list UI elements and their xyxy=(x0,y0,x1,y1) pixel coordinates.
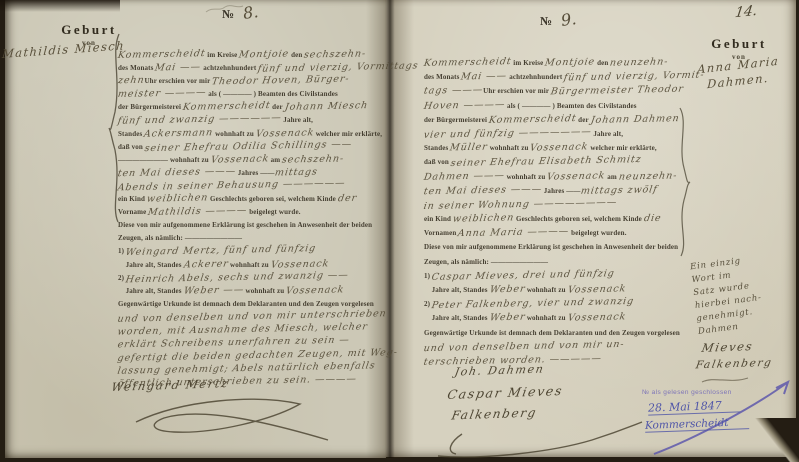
right-body-text: Kommerscheidt im Kreise Montjoie den neu… xyxy=(424,52,682,364)
handwritten-text: Kommerscheidt xyxy=(423,56,512,69)
handwritten-text: Montjoie xyxy=(238,48,290,60)
text-line: 1) Weingard Mertz, fünf und fünfzig xyxy=(118,240,360,253)
handwritten-text: Mai —— xyxy=(155,62,203,74)
left-official-flourish xyxy=(122,392,352,450)
text-line: Kommerscheidt im Kreise Montjoie den neu… xyxy=(424,52,682,66)
handwritten-text: Vossenack xyxy=(567,312,627,324)
left-body-text: Kommerscheidt im Kreise Montjoie den sec… xyxy=(118,44,360,384)
text-line: und von denselben und von mir un- xyxy=(424,336,682,350)
handwritten-text: Montjoie xyxy=(544,56,596,68)
handwritten-text: Vossenack xyxy=(270,258,330,270)
register-photo: Geburt von Mathildis Miesch № 8. Kommers… xyxy=(0,0,799,462)
handwritten-text: ten Mai dieses ——— xyxy=(117,166,237,179)
handwritten-text: mittags zwölf xyxy=(580,184,658,197)
handwritten-text: Kommerscheidt xyxy=(488,113,577,126)
handwritten-text: sechszehn- xyxy=(281,153,345,165)
handwritten-text: Mai —— xyxy=(461,71,509,83)
handwritten-text: sechszehn- xyxy=(303,48,367,60)
handwritten-text: der xyxy=(337,193,358,204)
text-line: tags ——— Uhr erschien vor mir Bürgermeis… xyxy=(424,80,682,94)
handwritten-text: Dahmen ——— xyxy=(423,170,506,183)
handwritten-text: Mathildis ———— xyxy=(147,205,248,218)
text-line: Zeugen, als nämlich: ———————— xyxy=(424,251,682,265)
handwritten-text: Vossenack xyxy=(210,153,270,165)
text-line: und von denselben und von mir unterschri… xyxy=(118,306,360,319)
handwritten-text: weiblichen xyxy=(452,212,515,224)
handwritten-text: Vossenack xyxy=(546,170,606,182)
handwritten-text: Vossenack xyxy=(255,127,315,139)
handwritten-text: neunzehn- xyxy=(618,170,678,182)
stamp-mark: № xyxy=(642,389,649,396)
handwritten-text: Weber —— xyxy=(183,284,245,296)
handwritten-text: Kommerscheidt xyxy=(117,48,206,61)
handwritten-text: Vossenack xyxy=(567,283,627,295)
handwritten-text: Weber xyxy=(489,312,526,324)
handwritten-text: Johann Dahmen xyxy=(590,113,680,126)
right-no-label: № xyxy=(540,14,553,28)
handwritten-text: Weber xyxy=(489,284,526,296)
handwritten-text: die xyxy=(643,213,662,224)
handwritten-text: weiblichen xyxy=(146,192,209,204)
handwritten-text: Vossenack xyxy=(529,142,589,154)
stamp-caption: als gelesen geschlossen xyxy=(652,389,732,396)
text-line: 1) Caspar Mieves, drei und fünfzig xyxy=(424,265,682,279)
handwritten-text: ten Mai dieses ——— xyxy=(423,183,543,196)
handwritten-text: Müller xyxy=(449,142,488,154)
text-line: Gegenwärtige Urkunde ist demnach dem Dek… xyxy=(424,322,682,336)
handwritten-text: zehn xyxy=(117,75,145,87)
right-no-value: 9. xyxy=(560,9,577,30)
margin-signature-mieves: Mieves xyxy=(701,339,755,355)
handwritten-text: neunzehn- xyxy=(609,56,669,68)
right-official-flourish xyxy=(432,420,647,460)
handwritten-text: tags ——— xyxy=(423,85,484,97)
text-line: Kommerscheidt im Kreise Montjoie den sec… xyxy=(118,44,360,57)
handwritten-text: Ackerer xyxy=(183,258,229,270)
handwritten-text: Hoven ———— xyxy=(423,99,506,112)
right-geburt-title: Geburt xyxy=(688,36,790,52)
left-top-scribble xyxy=(203,3,245,15)
folio-number: 14. xyxy=(734,3,758,22)
margin-annotation: Ein einzigWort imSatz wurdehierbei nach-… xyxy=(689,253,765,339)
text-line: 2) Peter Falkenberg, vier und zwanzig xyxy=(424,293,682,307)
text-line: daß von seiner Ehefrau Elisabeth Schmitz xyxy=(424,151,682,165)
right-entry-number: № 9. xyxy=(540,10,576,30)
handwritten-text: Johann Miesch xyxy=(284,101,369,114)
closing-stamp-text: № als gelesen geschlossen xyxy=(642,389,732,396)
text-line: Zeugen, als nämlich: ———————— xyxy=(118,227,360,240)
handwritten-text: mittags xyxy=(274,166,318,178)
handwritten-text: Ackersmann xyxy=(143,127,214,139)
handwritten-text: meister ———— xyxy=(117,87,207,100)
text-line: vier und fünfzig ——————— Jahre alt, xyxy=(424,123,682,137)
handwritten-text: Vossenack xyxy=(285,284,345,296)
